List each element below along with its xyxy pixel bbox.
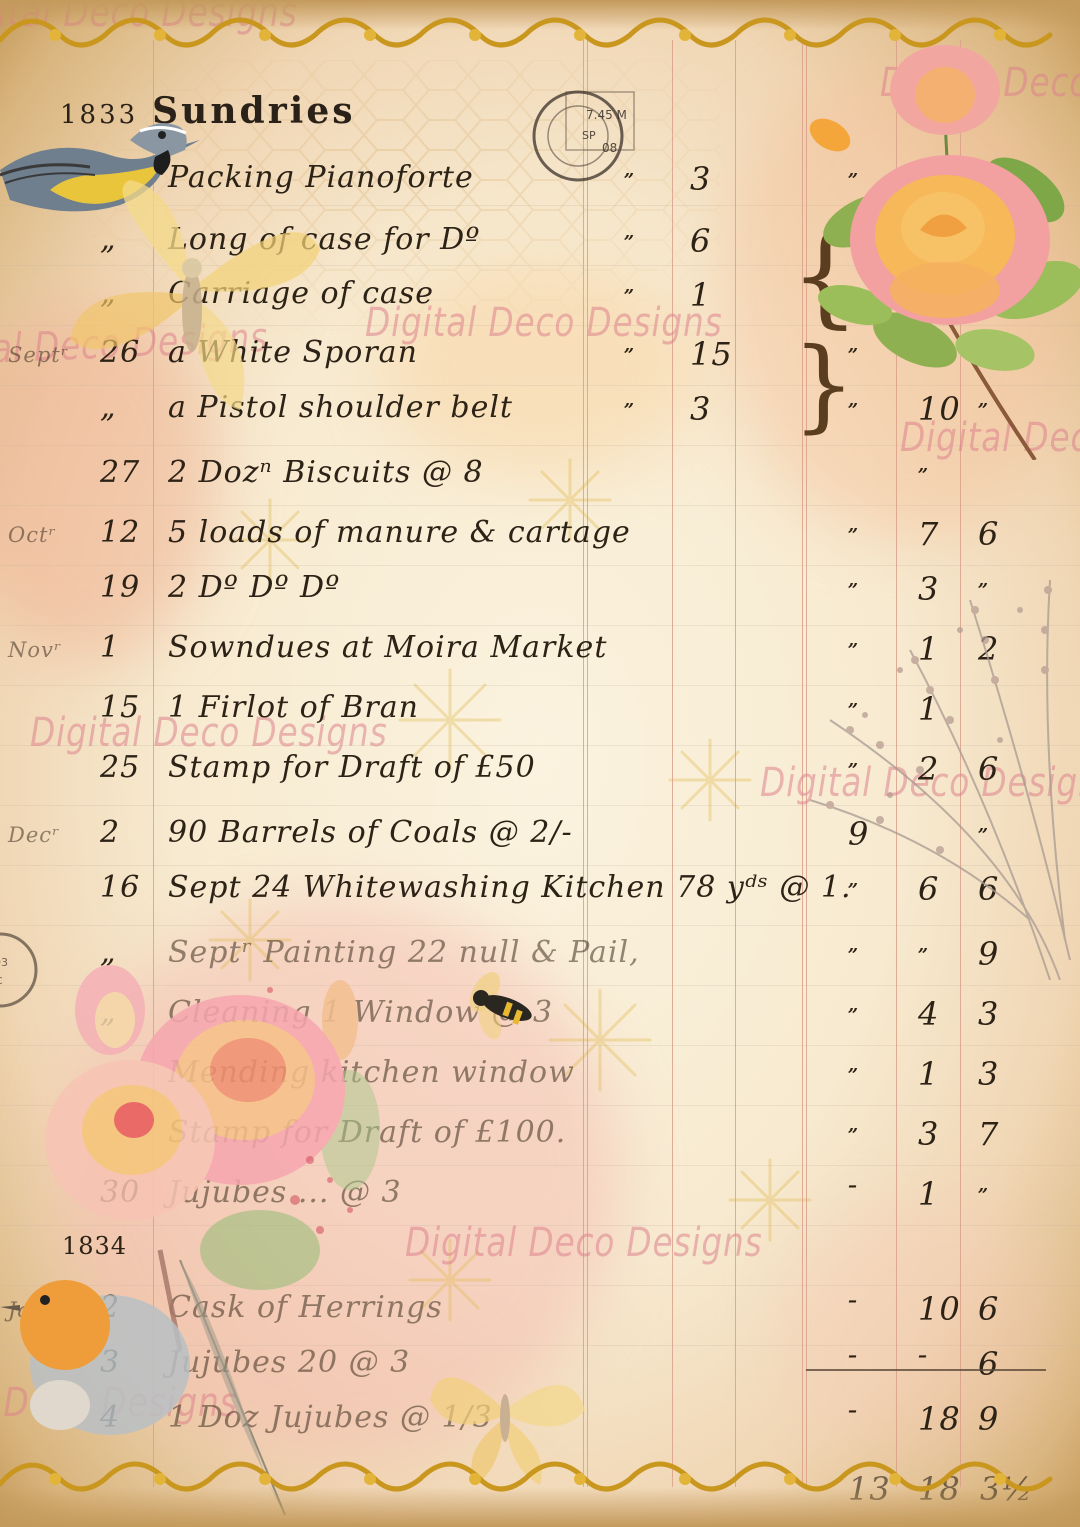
- ledger-col1: „: [624, 222, 635, 243]
- ledger-col3: –: [848, 1400, 858, 1421]
- ledger-col3: „: [848, 995, 859, 1016]
- ledger-col5: „: [978, 1175, 989, 1196]
- ledger-col5: 7: [978, 1115, 999, 1153]
- ledger-col4: 18: [918, 1400, 961, 1438]
- ledger-description: Sowndues at Moira Market: [168, 630, 607, 665]
- gold-scroll-border-bottom: [0, 1449, 1080, 1519]
- ledger-col5: 3: [978, 1055, 999, 1093]
- gold-scroll-border-top: [0, 0, 1080, 70]
- ledger-col4: 1: [918, 1175, 939, 1213]
- ledger-col1: „: [624, 276, 635, 297]
- ledger-col5: 6: [978, 1290, 999, 1328]
- svg-text:08: 08: [602, 141, 617, 155]
- ledger-col1: „: [624, 335, 635, 356]
- ledger-day: 16: [100, 870, 140, 905]
- ledger-col1: „: [624, 160, 635, 181]
- ledger-day: 27: [100, 455, 140, 490]
- ledger-day: 25: [100, 750, 140, 785]
- ledger-col2: 1: [690, 276, 711, 314]
- ledger-day: 15: [100, 690, 140, 725]
- ledger-col3: –: [848, 1175, 858, 1196]
- ledger-col2: 6: [690, 222, 711, 260]
- ledger-col5: 3: [978, 995, 999, 1033]
- ledger-col3: –: [848, 1290, 858, 1311]
- ledger-column-line: [587, 40, 588, 1487]
- ledger-col3: „: [848, 1115, 859, 1136]
- ledger-description: 5 loads of manure & cartage: [168, 515, 631, 550]
- ledger-column-line: [672, 40, 673, 1487]
- ledger-day: 2: [100, 815, 120, 850]
- ledger-column-line: [735, 40, 736, 1487]
- svg-text:SP: SP: [582, 129, 596, 142]
- ledger-col4: –: [918, 1345, 928, 1366]
- yellow-butterfly-icon: [40, 170, 340, 430]
- ledger-col4: 10: [918, 1290, 961, 1328]
- ledger-description: 90 Barrels of Coals @ 2/-: [168, 815, 573, 850]
- svg-text:NC: NC: [0, 976, 2, 987]
- ledger-column-line: [583, 40, 584, 1487]
- ledger-month: Decʳ: [8, 823, 60, 847]
- honeybee-icon: [455, 970, 545, 1045]
- ledger-col5: 6: [978, 1345, 999, 1383]
- ledger-col5: 9: [978, 1400, 999, 1438]
- ledger-col2: 3: [690, 390, 711, 428]
- svg-text:7.45 M: 7.45 M: [586, 108, 627, 122]
- ledger-month: Novʳ: [8, 638, 62, 662]
- ledger-day: 19: [100, 570, 140, 605]
- ledger-day: 1: [100, 630, 120, 665]
- ledger-description: 2 Dozⁿ Biscuits @ 8: [168, 455, 484, 490]
- rose-bouquet-icon: [795, 40, 1080, 460]
- ledger-description: 2 Dº Dº Dº: [168, 570, 340, 605]
- ledger-col4: 3: [918, 1115, 939, 1153]
- ledger-col2: 15: [690, 335, 733, 373]
- ledger-col3: –: [848, 1345, 858, 1366]
- ledger-description: 1 Firlot of Bran: [168, 690, 419, 725]
- watermark: Digital Deco Designs: [405, 1220, 763, 1266]
- ledger-description: Stamp for Draft of £50: [168, 750, 536, 785]
- total-underline: [806, 1369, 1046, 1371]
- ledger-col4: 4: [918, 995, 939, 1033]
- scrapbook-page: Digital Deco Designs Digital Deco Design…: [0, 0, 1080, 1527]
- ledger-month: Octʳ: [8, 523, 57, 547]
- ledger-col4: 1: [918, 1055, 939, 1093]
- ledger-col3: „: [848, 1055, 859, 1076]
- svg-text:03: 03: [0, 956, 8, 969]
- ledger-col2: 3: [690, 160, 711, 198]
- ledger-col3: „: [848, 515, 859, 536]
- ledger-day: 12: [100, 515, 140, 550]
- ledger-col1: „: [624, 390, 635, 411]
- ledger-description: Sept 24 Whitewashing Kitchen 78 yᵈˢ @ 1.: [168, 870, 852, 905]
- dried-grass-sprig-icon: [790, 540, 1080, 980]
- year-marker: 1834: [62, 1232, 127, 1260]
